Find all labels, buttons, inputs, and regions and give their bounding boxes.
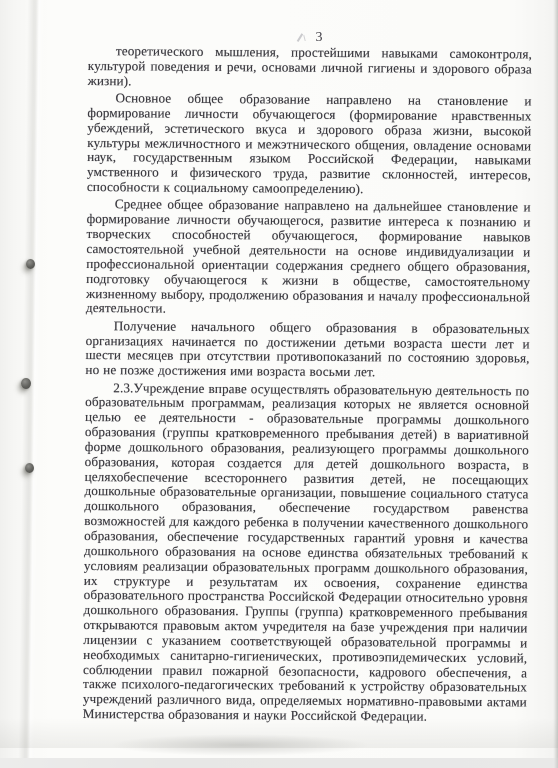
- binder-hole-icon: [21, 378, 31, 389]
- paragraph-primary-education-age: Получение начального общего образования …: [85, 319, 529, 382]
- paragraph-secondary-general-education: Среднее общее образование направлено на …: [86, 197, 531, 319]
- binder-hole-icon: [25, 463, 34, 473]
- scan-right-edge-line: [554, 0, 558, 768]
- paragraph-basic-general-education: Основное общее образование направлено на…: [87, 91, 532, 198]
- scanner-bed-strip: [0, 758, 558, 768]
- scanned-document: 3 теоретического мышления, простейшими н…: [0, 0, 558, 768]
- pen-mark-icon: [298, 33, 307, 41]
- document-page: 3 теоретического мышления, простейшими н…: [0, 0, 558, 758]
- page-number: 3: [316, 30, 323, 45]
- paragraph-theoretical-thinking: теоретического мышления, простейшими нав…: [88, 44, 532, 92]
- document-text-block: теоретического мышления, простейшими нав…: [83, 44, 532, 728]
- paragraph-2-3-institution-rights: 2.3.Учреждение вправе осуществлять образ…: [83, 381, 530, 726]
- page-bottom-shadow-blob: [110, 734, 370, 756]
- binder-hole-icon: [26, 259, 35, 269]
